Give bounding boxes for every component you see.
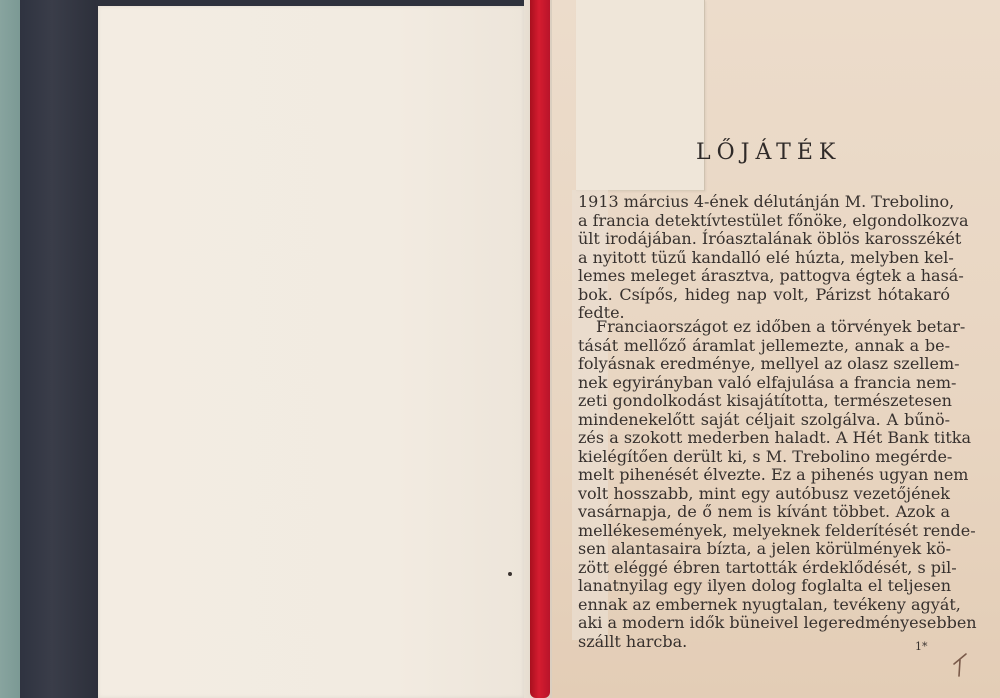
text-line: mellékesemények, melyeknek felderítését … xyxy=(578,522,950,541)
text-line: zött eléggé ébren tartották érdeklődését… xyxy=(578,559,950,578)
text-line: szállt harcba. xyxy=(578,633,950,652)
text-line: mindenekelőtt saját céljait szolgálva. A… xyxy=(578,411,950,430)
text-line: folyásnak eredménye, mellyel az olasz sz… xyxy=(578,355,950,374)
text-line: ült irodájában. Íróasztalának öblös karo… xyxy=(578,230,950,249)
paragraph-2: Franciaországot ez időben a törvények be… xyxy=(578,318,950,651)
text-line: Franciaországot ez időben a törvények be… xyxy=(578,318,950,337)
text-line: sen alantasaira bízta, a jelen körülmény… xyxy=(578,540,950,559)
pencil-mark-icon xyxy=(950,650,970,678)
text-line: ennak az embernek nyugtalan, tevékeny ag… xyxy=(578,596,950,615)
text-line: zés a szokott mederben haladt. A Hét Ban… xyxy=(578,429,950,448)
pasted-paper-slip xyxy=(576,0,705,191)
chapter-title: LŐJÁTÉK xyxy=(696,140,841,165)
text-line: lemes meleget árasztva, pattogva égtek a… xyxy=(578,267,950,286)
text-line: kielégítően derült ki, s M. Trebolino me… xyxy=(578,448,950,467)
book-spine xyxy=(20,0,100,698)
text-line: lanatnyilag egy ilyen dolog foglalta el … xyxy=(578,577,950,596)
text-line: melt pihenését élvezte. Ez a pihenés ugy… xyxy=(578,466,950,485)
text-line: a nyitott tüzű kandalló elé húzta, melyb… xyxy=(578,249,950,268)
text-line: aki a modern idők büneivel legeredményes… xyxy=(578,614,950,633)
text-line: vasárnapja, de ő nem is kívánt többet. A… xyxy=(578,503,950,522)
bookmark-ribbon xyxy=(530,0,550,698)
signature-mark: 1* xyxy=(915,640,928,653)
ink-speck xyxy=(508,572,512,576)
text-line: bok. Csípős, hideg nap volt, Párizst hót… xyxy=(578,286,950,305)
text-line: zeti gondolkodást kisajátította, termész… xyxy=(578,392,950,411)
left-blank-page xyxy=(98,6,524,698)
text-line: a francia detektívtestület főnöke, elgon… xyxy=(578,212,950,231)
text-line: volt hosszabb, mint egy autóbusz vezetőj… xyxy=(578,485,950,504)
text-line: nek egyirányban való elfajulása a franci… xyxy=(578,374,950,393)
text-line: tását mellőző áramlat jellemezte, annak … xyxy=(578,337,950,356)
book-cover-edge xyxy=(0,0,22,698)
text-line: 1913 március 4-ének délutánján M. Trebol… xyxy=(578,193,950,212)
paragraph-1: 1913 március 4-ének délutánján M. Trebol… xyxy=(578,193,950,323)
